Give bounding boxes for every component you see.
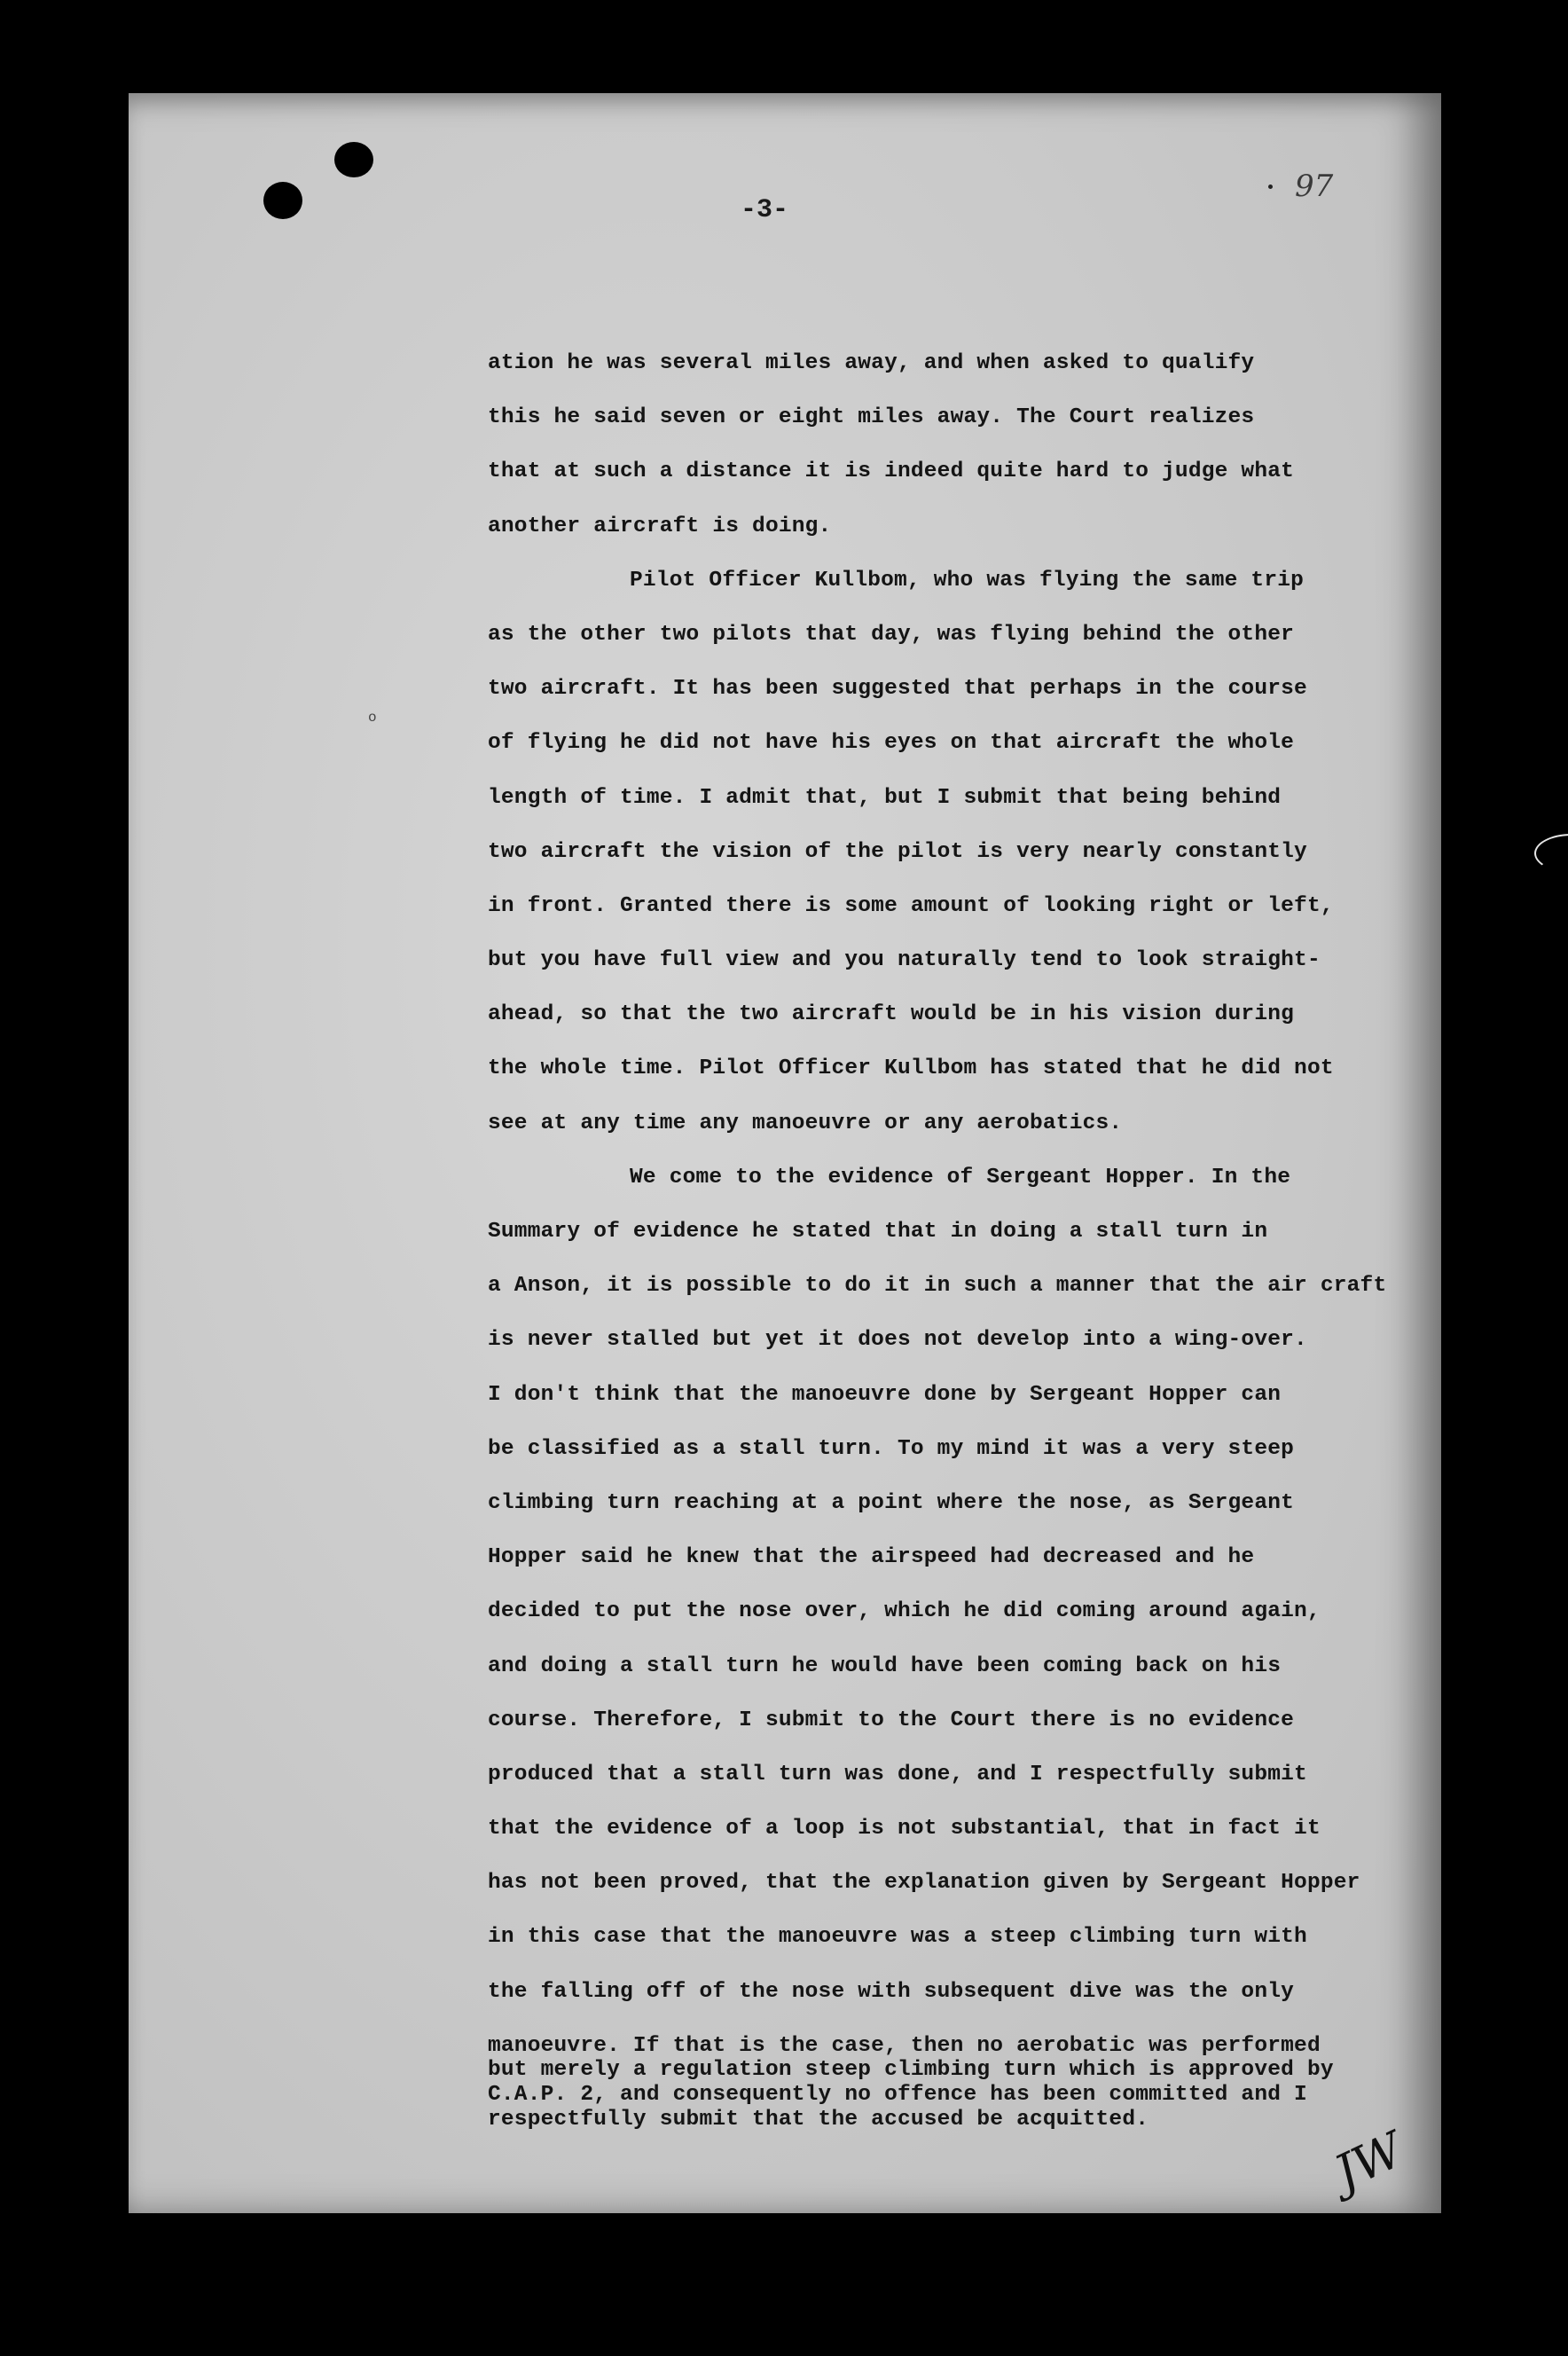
- text-line: another aircraft is doing.: [488, 514, 1481, 568]
- punch-hole: [334, 142, 373, 177]
- text-line: as the other two pilots that day, was fl…: [488, 622, 1481, 676]
- text-line: respectfully submit that the accused be …: [488, 2108, 1481, 2132]
- text-line: be classified as a stall turn. To my min…: [488, 1436, 1481, 1490]
- text-line: two aircraft the vision of the pilot is …: [488, 839, 1481, 893]
- handwritten-folio-number: 97: [1295, 169, 1333, 204]
- text-line: Summary of evidence he stated that in do…: [488, 1219, 1481, 1273]
- text-line: length of time. I admit that, but I subm…: [488, 785, 1481, 839]
- ink-dot: [1268, 185, 1273, 189]
- text-line: course. Therefore, I submit to the Court…: [488, 1708, 1481, 1762]
- text-line: see at any time any manoeuvre or any aer…: [488, 1111, 1481, 1165]
- text-line: in front. Granted there is some amount o…: [488, 893, 1481, 947]
- text-line: in this case that the manoeuvre was a st…: [488, 1924, 1481, 1978]
- paragraph: We come to the evidence of Sergeant Hopp…: [488, 1165, 1481, 2061]
- text-line: climbing turn reaching at a point where …: [488, 1490, 1481, 1544]
- text-line: C.A.P. 2, and consequently no offence ha…: [488, 2083, 1481, 2108]
- text-line: and doing a stall turn he would have bee…: [488, 1653, 1481, 1708]
- text-line: that the evidence of a loop is not subst…: [488, 1816, 1481, 1870]
- text-line: Hopper said he knew that the airspeed ha…: [488, 1544, 1481, 1598]
- text-line: this he said seven or eight miles away. …: [488, 404, 1481, 459]
- page-number: -3-: [741, 195, 788, 225]
- stray-mark: o: [368, 710, 377, 726]
- text-line: has not been proved, that the explanatio…: [488, 1870, 1481, 1924]
- text-line: produced that a stall turn was done, and…: [488, 1762, 1481, 1816]
- text-line: of flying he did not have his eyes on th…: [488, 730, 1481, 784]
- text-line: the falling off of the nose with subsequ…: [488, 1979, 1481, 2033]
- text-line: that at such a distance it is indeed qui…: [488, 459, 1481, 513]
- text-line: a Anson, it is possible to do it in such…: [488, 1273, 1481, 1327]
- paragraph-single-spaced: but merely a regulation steep climbing t…: [488, 2058, 1481, 2132]
- text-line: We come to the evidence of Sergeant Hopp…: [488, 1165, 1481, 1219]
- text-line: two aircraft. It has been suggested that…: [488, 676, 1481, 730]
- text-line: but merely a regulation steep climbing t…: [488, 2058, 1481, 2083]
- typed-body-text: ation he was several miles away, and whe…: [488, 350, 1481, 2132]
- text-line: ation he was several miles away, and whe…: [488, 350, 1481, 404]
- text-line: the whole time. Pilot Officer Kullbom ha…: [488, 1056, 1481, 1110]
- paragraph: Pilot Officer Kullbom, who was flying th…: [488, 568, 1481, 1165]
- text-line: decided to put the nose over, which he d…: [488, 1598, 1481, 1653]
- text-line: ahead, so that the two aircraft would be…: [488, 1001, 1481, 1056]
- text-line: but you have full view and you naturally…: [488, 947, 1481, 1001]
- text-line: I don't think that the manoeuvre done by…: [488, 1382, 1481, 1436]
- paragraph: ation he was several miles away, and whe…: [488, 350, 1481, 568]
- text-line: Pilot Officer Kullbom, who was flying th…: [488, 568, 1481, 622]
- film-scratch: [1534, 834, 1568, 873]
- punch-hole: [263, 182, 302, 219]
- document-page: -3- 97 o ation he was several miles away…: [129, 93, 1441, 2213]
- text-line: is never stalled but yet it does not dev…: [488, 1327, 1481, 1381]
